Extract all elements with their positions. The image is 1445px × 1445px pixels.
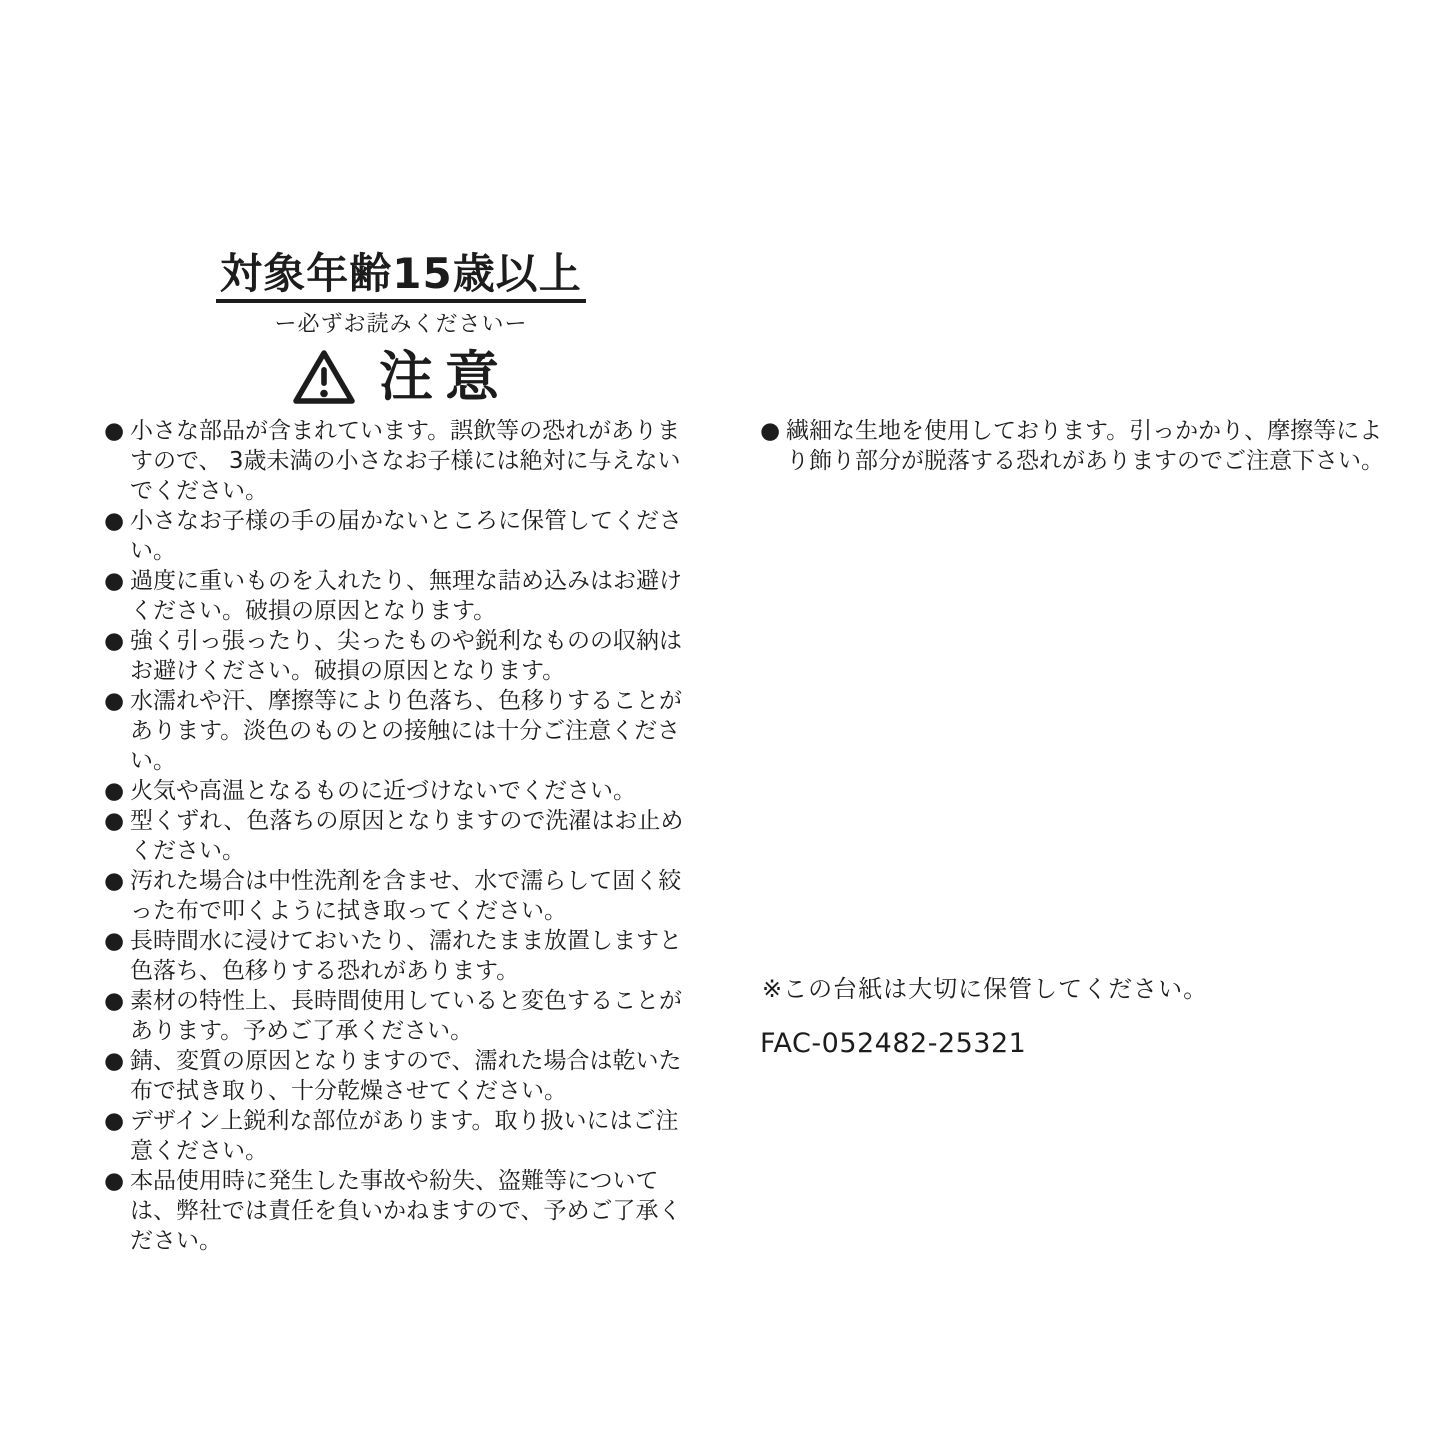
bullet-icon: ● xyxy=(104,986,130,1016)
warning-text: 本品使用時に発生した事故や紛失、盗難等については、弊社では責任を負いかねますので… xyxy=(130,1168,682,1254)
bullet-icon: ● xyxy=(104,1046,130,1076)
warning-text: 過度に重いものを入れたり、無理な詰め込みはお避けください。破損の原因となります。 xyxy=(130,568,682,624)
bullet-icon: ● xyxy=(104,506,130,536)
warning-card-page: { "colors": { "text": "#1c1c1c", "backgr… xyxy=(0,0,1445,1445)
age-restriction-title: 対象年齢15歳以上 xyxy=(105,250,697,303)
warning-list-item: ●型くずれ、色落ちの原因となりますので洗濯はお止めください。 xyxy=(104,806,696,866)
bullet-icon: ● xyxy=(760,416,786,446)
warning-text: 小さなお子様の手の届かないところに保管してください。 xyxy=(130,508,682,564)
warning-text: 汚れた場合は中性洗剤を含ませ、水で濡らして固く絞った布で叩くように拭き取ってくだ… xyxy=(130,868,681,924)
warning-list-item: ●小さな部品が含まれています。誤飲等の恐れがありますので、 3歳未満の小さなお子… xyxy=(104,416,696,506)
warning-list-item: ●本品使用時に発生した事故や紛失、盗難等については、弊社では責任を負いかねますの… xyxy=(104,1166,696,1256)
warning-list-item: ●長時間水に浸けておいたり、濡れたまま放置しますと色落ち、色移りする恐れがありま… xyxy=(104,926,696,986)
warning-list-item: ●錆、変質の原因となりますので、濡れた場合は乾いた布で拭き取り、十分乾燥させてく… xyxy=(104,1046,696,1106)
bullet-icon: ● xyxy=(104,806,130,836)
warning-text: 長時間水に浸けておいたり、濡れたまま放置しますと色落ち、色移りする恐れがあります… xyxy=(130,928,682,984)
bullet-icon: ● xyxy=(104,1106,130,1136)
warning-text: 小さな部品が含まれています。誤飲等の恐れがありますので、 3歳未満の小さなお子様… xyxy=(130,418,680,504)
bullet-icon: ● xyxy=(104,1166,130,1196)
warning-list-item: ●小さなお子様の手の届かないところに保管してください。 xyxy=(104,506,696,566)
warning-list-item: ●素材の特性上、長時間使用していると変色することがあります。予めご了承ください。 xyxy=(104,986,696,1046)
warning-text: 型くずれ、色落ちの原因となりますので洗濯はお止めください。 xyxy=(130,808,683,864)
bullet-icon: ● xyxy=(104,776,130,806)
warning-list-item: ●繊細な生地を使用しております。引っかかり、摩擦等により飾り部分が脱落する恐れが… xyxy=(760,416,1396,476)
age-restriction-text: 対象年齢15歳以上 xyxy=(216,250,585,303)
warning-text: 素材の特性上、長時間使用していると変色することがあります。予めご了承ください。 xyxy=(130,988,682,1044)
warning-list-right: ●繊細な生地を使用しております。引っかかり、摩擦等により飾り部分が脱落する恐れが… xyxy=(760,416,1396,476)
warning-triangle-icon xyxy=(291,347,357,407)
bullet-icon: ● xyxy=(104,866,130,896)
warning-text: 繊細な生地を使用しております。引っかかり、摩擦等により飾り部分が脱落する恐れがあ… xyxy=(786,418,1384,474)
warning-list-item: ●火気や高温となるものに近づけないでください。 xyxy=(104,776,696,806)
bullet-icon: ● xyxy=(104,626,130,656)
warning-text: 錆、変質の原因となりますので、濡れた場合は乾いた布で拭き取り、十分乾燥させてくだ… xyxy=(130,1048,682,1104)
warning-text: 水濡れや汗、摩擦等により色落ち、色移りすることがあります。淡色のものとの接触には… xyxy=(130,688,682,774)
warning-text: デザイン上鋭利な部位があります。取り扱いにはご注意ください。 xyxy=(130,1108,679,1164)
keep-card-note: ※この台紙は大切に保管してください。 xyxy=(762,974,1208,1004)
warning-list-item: ●汚れた場合は中性洗剤を含ませ、水で濡らして固く絞った布で叩くように拭き取ってく… xyxy=(104,866,696,926)
warning-text: 強く引っ張ったり、尖ったものや鋭利なものの収納はお避けください。破損の原因となり… xyxy=(130,628,682,684)
header: 対象年齢15歳以上 ー必ずお読みくださいー 注意 xyxy=(105,250,697,407)
read-notice: ー必ずお読みくださいー xyxy=(105,312,697,338)
warning-list-item: ●過度に重いものを入れたり、無理な詰め込みはお避けください。破損の原因となります… xyxy=(104,566,696,626)
caution-heading: 注意 xyxy=(105,347,697,407)
bullet-icon: ● xyxy=(104,566,130,596)
product-code: FAC-052482-25321 xyxy=(760,1028,1026,1060)
warning-list-left: ●小さな部品が含まれています。誤飲等の恐れがありますので、 3歳未満の小さなお子… xyxy=(104,416,696,1256)
bullet-icon: ● xyxy=(104,926,130,956)
warning-text: 火気や高温となるものに近づけないでください。 xyxy=(130,778,636,804)
warning-list-item: ●デザイン上鋭利な部位があります。取り扱いにはご注意ください。 xyxy=(104,1106,696,1166)
bullet-icon: ● xyxy=(104,686,130,716)
warning-list-item: ●水濡れや汗、摩擦等により色落ち、色移りすることがあります。淡色のものとの接触に… xyxy=(104,686,696,776)
caution-label: 注意 xyxy=(379,347,511,407)
bullet-icon: ● xyxy=(104,416,130,446)
warning-list-item: ●強く引っ張ったり、尖ったものや鋭利なものの収納はお避けください。破損の原因とな… xyxy=(104,626,696,686)
